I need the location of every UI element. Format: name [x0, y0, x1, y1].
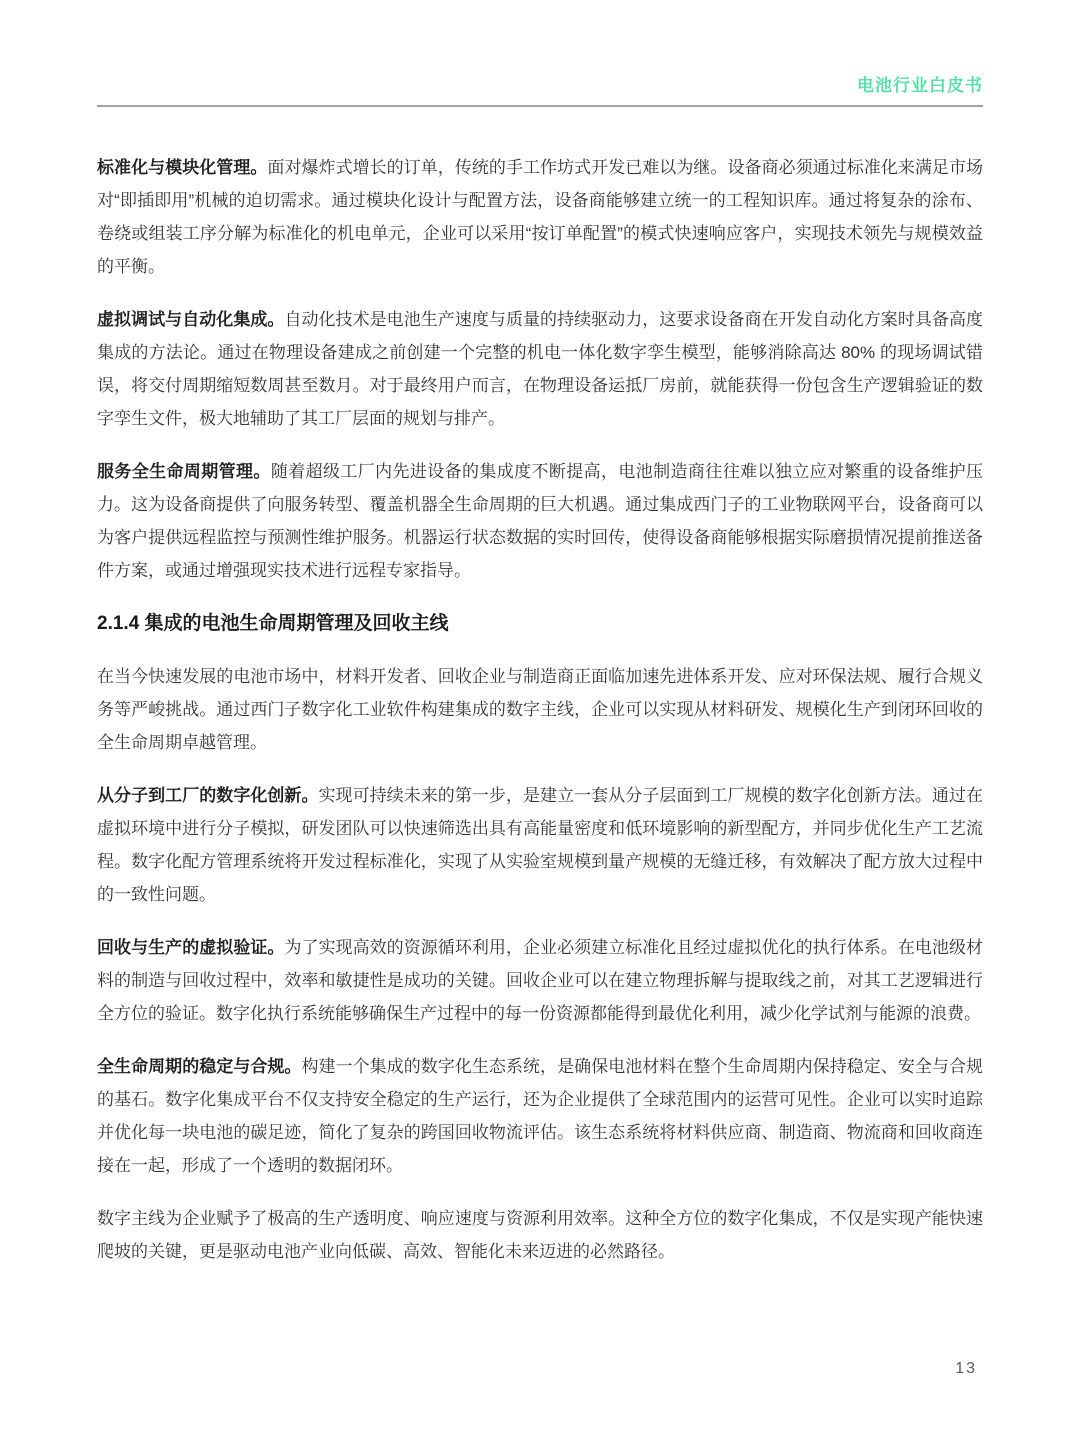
paragraph: 服务全生命周期管理。随着超级工厂内先进设备的集成度不断提高，电池制造商往往难以独… — [97, 455, 983, 587]
paragraph-lead: 从分子到工厂的数字化创新。 — [97, 786, 319, 805]
document-page: 电池行业白皮书 标准化与模块化管理。面对爆炸式增长的订单，传统的手工作坊式开发已… — [0, 0, 1080, 1439]
paragraph: 回收与生产的虚拟验证。为了实现高效的资源循环利用，企业必须建立标准化且经过虚拟优… — [97, 931, 983, 1030]
paragraph: 数字主线为企业赋予了极高的生产透明度、响应速度与资源利用效率。这种全方位的数字化… — [97, 1202, 983, 1268]
paragraph: 在当今快速发展的电池市场中，材料开发者、回收企业与制造商正面临加速先进体系开发、… — [97, 660, 983, 759]
section-heading: 2.1.4 集成的电池生命周期管理及回收主线 — [97, 607, 983, 640]
paragraph-text: 在当今快速发展的电池市场中，材料开发者、回收企业与制造商正面临加速先进体系开发、… — [97, 667, 983, 752]
paragraph: 标准化与模块化管理。面对爆炸式增长的订单，传统的手工作坊式开发已难以为继。设备商… — [97, 151, 983, 283]
paragraph-lead: 虚拟调试与自动化集成。 — [97, 310, 284, 329]
header-divider — [97, 105, 983, 107]
paragraph-lead: 回收与生产的虚拟验证。 — [97, 938, 284, 957]
header-title: 电池行业白皮书 — [97, 76, 983, 96]
page-number: 13 — [955, 1360, 977, 1378]
paragraph: 从分子到工厂的数字化创新。实现可持续未来的第一步，是建立一套从分子层面到工厂规模… — [97, 779, 983, 911]
paragraph-lead: 全生命周期的稳定与合规。 — [97, 1057, 301, 1076]
paragraph: 虚拟调试与自动化集成。自动化技术是电池生产速度与质量的持续驱动力，这要求设备商在… — [97, 303, 983, 435]
paragraph-text: 数字主线为企业赋予了极高的生产透明度、响应速度与资源利用效率。这种全方位的数字化… — [97, 1209, 983, 1261]
paragraph: 全生命周期的稳定与合规。构建一个集成的数字化生态系统，是确保电池材料在整个生命周… — [97, 1050, 983, 1182]
paragraph-lead: 服务全生命周期管理。 — [97, 462, 271, 481]
paragraph-lead: 标准化与模块化管理。 — [97, 158, 267, 177]
page-content: 标准化与模块化管理。面对爆炸式增长的订单，传统的手工作坊式开发已难以为继。设备商… — [97, 151, 983, 1268]
